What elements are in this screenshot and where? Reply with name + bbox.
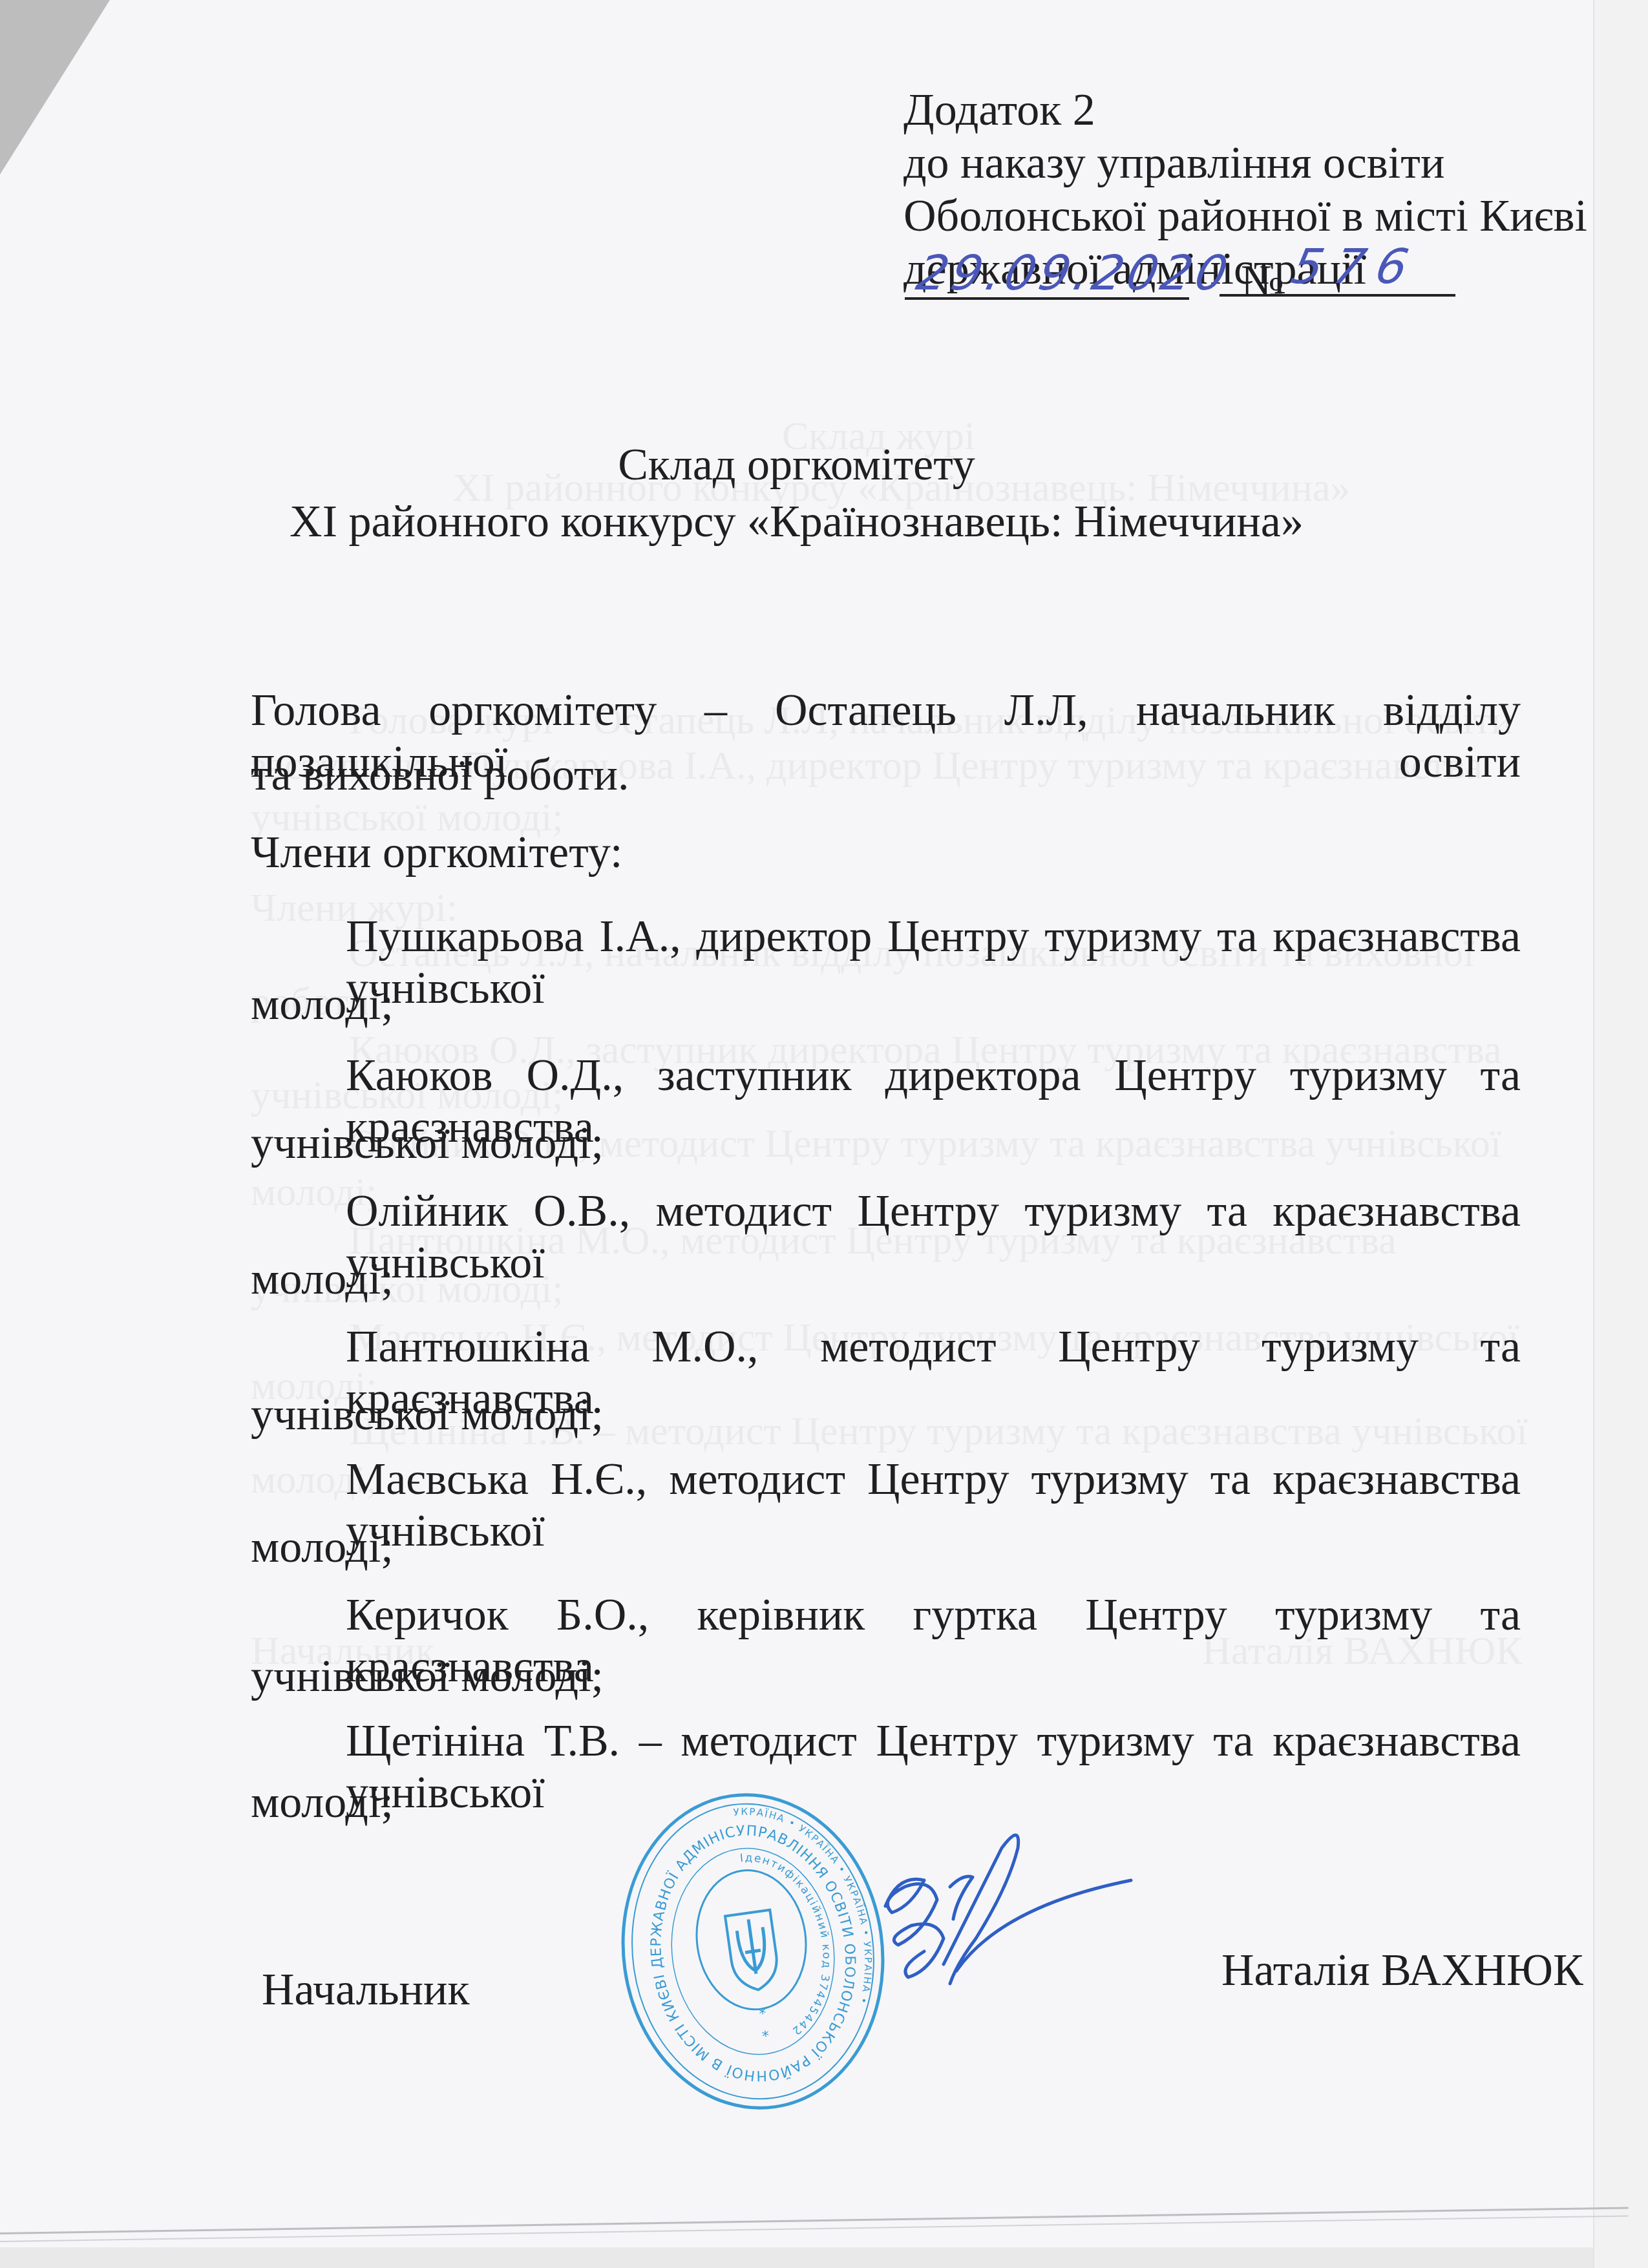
member-line-cont: молоді; bbox=[251, 1522, 1521, 1573]
document-title: Склад оргкомітету bbox=[0, 439, 1593, 491]
member-line-cont: учнівської молоді; bbox=[251, 1118, 1521, 1170]
number-sign: № bbox=[1241, 256, 1284, 308]
order-date-number-row: 29.09.2020 № 576 bbox=[905, 239, 1454, 304]
members-heading: Члени оргкомітету: bbox=[251, 827, 1521, 879]
order-reference-line: до наказу управління освіти bbox=[903, 137, 1587, 190]
number-underline bbox=[1220, 294, 1455, 297]
handwritten-date: 29.09.2020 bbox=[912, 246, 1236, 301]
order-reference-line: Оболонської районної в місті Києві bbox=[903, 190, 1587, 243]
document-subtitle: XI районного конкурсу «Країнознавець: Ні… bbox=[0, 496, 1593, 548]
appendix-label: Додаток 2 bbox=[903, 84, 1587, 137]
signatory-position: Начальник bbox=[262, 1964, 470, 2016]
handwritten-signature bbox=[860, 1809, 1150, 2003]
member-line-cont: учнівської молоді; bbox=[251, 1389, 1521, 1441]
member-line-cont: учнівської молоді; bbox=[251, 1651, 1521, 1703]
signatory-name: Наталія ВАХНЮК bbox=[1221, 1945, 1583, 1997]
document-page: Склад журі XI районного конкурсу «Країно… bbox=[0, 0, 1593, 2247]
official-stamp: УКРАЇНА • УКРАЇНА • УКРАЇНА • УКРАЇНА • … bbox=[617, 1790, 889, 2113]
handwritten-order-number: 576 bbox=[1287, 239, 1425, 295]
folded-corner bbox=[0, 0, 110, 174]
svg-text:*: * bbox=[761, 2028, 770, 2045]
date-underline bbox=[905, 297, 1189, 300]
scanner-background-strip bbox=[1593, 0, 1648, 2268]
member-line-cont: молоді; bbox=[251, 1254, 1521, 1305]
member-line-cont: молоді; bbox=[251, 979, 1521, 1031]
chair-line-2: та виховної роботи. bbox=[251, 750, 1521, 801]
